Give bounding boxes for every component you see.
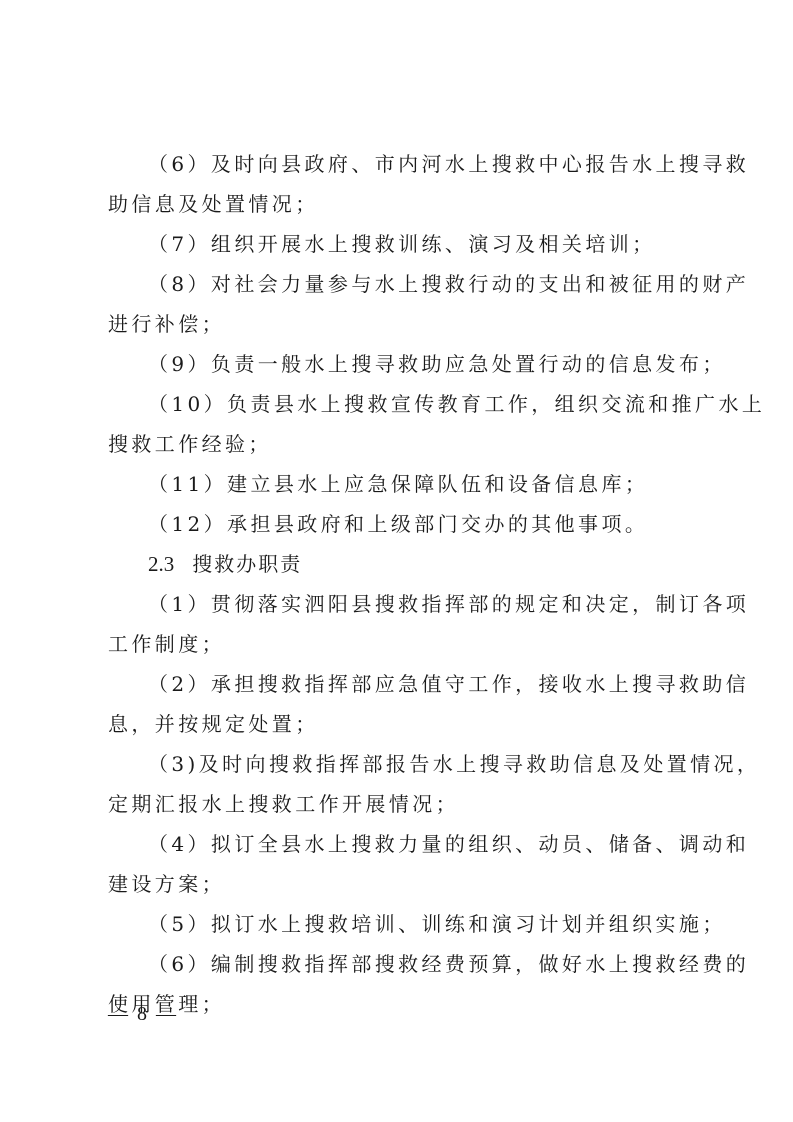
text-line: （2）承担搜救指挥部应急值守工作，接收水上搜寻救助信 — [148, 664, 749, 704]
text-line: （3)及时向搜救指挥部报告水上搜寻救助信息及处置情况， — [148, 744, 760, 784]
text-line: 进行补偿； — [108, 304, 225, 344]
text-line: 工作制度； — [108, 624, 225, 664]
text-line: （5）拟订水上搜救培训、训练和演习计划并组织实施； — [148, 904, 726, 944]
text-line: （10）负责县水上搜救宣传教育工作，组织交流和推广水上 — [148, 384, 765, 424]
section-number: 2.3 — [148, 552, 174, 576]
text-line: （8）对社会力量参与水上搜救行动的支出和被征用的财产 — [148, 264, 749, 304]
text-line: （4）拟订全县水上搜救力量的组织、动员、储备、调动和 — [148, 824, 749, 864]
text-line: 定期汇报水上搜救工作开展情况； — [108, 784, 459, 824]
text-line: （11）建立县水上应急保障队伍和设备信息库； — [148, 464, 648, 504]
text-line: （9）负责一般水上搜寻救助应急处置行动的信息发布； — [148, 344, 726, 384]
text-line: 息，并按规定处置； — [108, 704, 319, 744]
text-line: （6）及时向县政府、市内河水上搜救中心报告水上搜寻救 — [148, 144, 749, 184]
text-line: 搜救工作经验； — [108, 424, 272, 464]
text-line: （6）编制搜救指挥部搜救经费预算，做好水上搜救经费的 — [148, 944, 749, 984]
section-heading: 2.3搜救办职责 — [148, 544, 302, 584]
text-line: 建设方案； — [108, 864, 225, 904]
page-number: — 8 — — [108, 1000, 178, 1028]
text-line: （1）贯彻落实泗阳县搜救指挥部的规定和决定，制订各项 — [148, 584, 749, 624]
text-line: （12）承担县政府和上级部门交办的其他事项。 — [148, 504, 648, 544]
text-line: （7）组织开展水上搜救训练、演习及相关培训； — [148, 224, 656, 264]
section-title: 搜救办职责 — [192, 552, 302, 576]
text-line: 助信息及处置情况； — [108, 184, 319, 224]
